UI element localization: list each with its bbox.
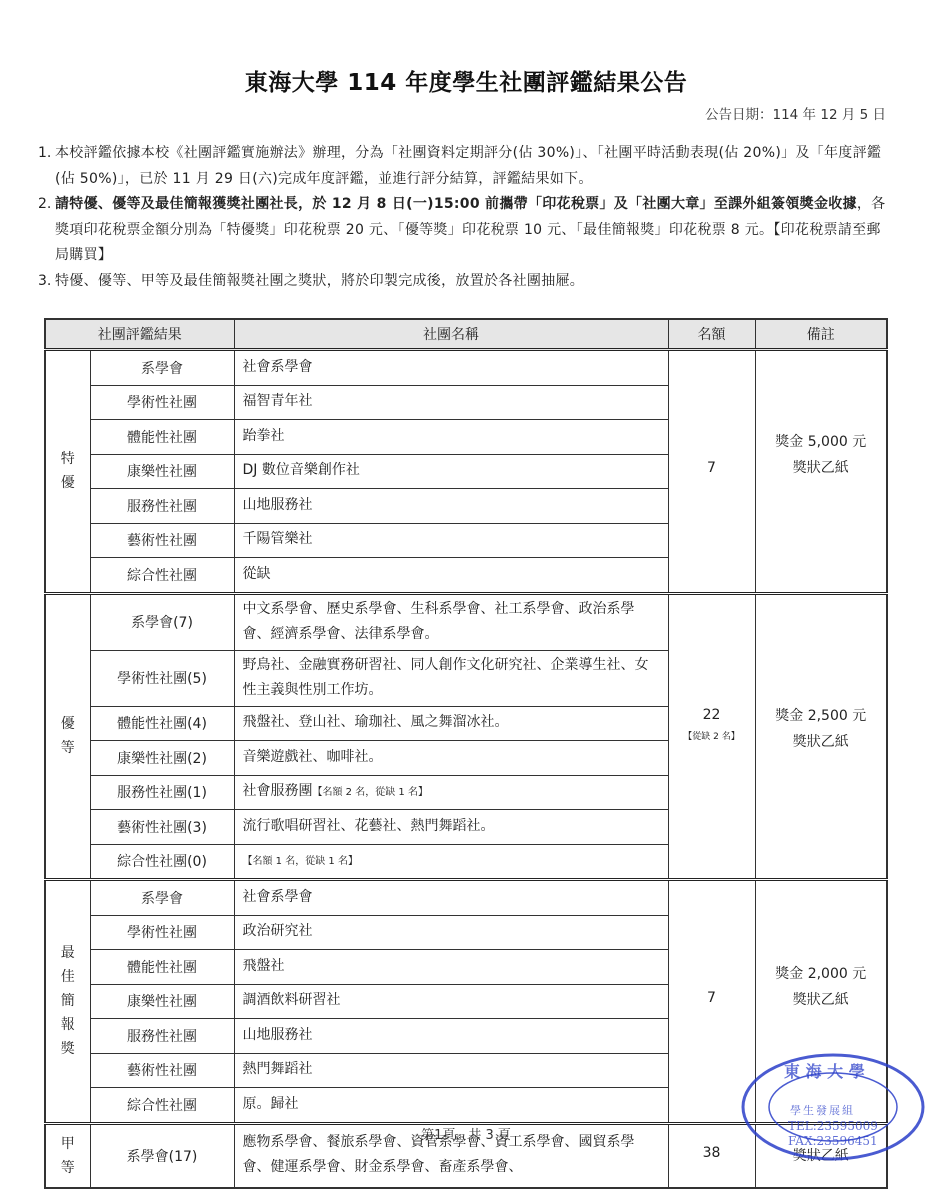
quota-note: 【從缺 2 名】 (677, 729, 747, 742)
header-remark: 備註 (755, 319, 887, 350)
club-names-cell: DJ 數位音樂創作社 (234, 454, 668, 489)
announcement-date: 公告日期：114 年 12 月 5 日 (705, 103, 886, 123)
note-bold-text: 請特優、優等及最佳簡報獲獎社團社長，於 12 月 8 日(一)15:00 前攜帶… (55, 196, 857, 212)
club-names: 野鳥社、金融實務研習社、同人創作文化研究社、企業導生社、女性主義與性別工作坊。 (243, 657, 649, 698)
header-quota: 名額 (668, 319, 755, 350)
club-names-cell: 中文系學會、歷史系學會、生科系學會、社工系學會、政治系學會、經濟系學會、法律系學… (234, 593, 668, 650)
club-names-cell: 社會系學會 (234, 350, 668, 386)
quota-cell: 22【從缺 2 名】 (668, 593, 755, 880)
note-text: 請特優、優等及最佳簡報獲獎社團社長，於 12 月 8 日(一)15:00 前攜帶… (55, 192, 890, 269)
club-names: 熱門舞蹈社 (243, 1061, 313, 1077)
club-names-cell: 音樂遊戲社、咖啡社。 (234, 741, 668, 776)
club-type-cell: 學術性社團(5) (90, 650, 234, 706)
remark-cell: 獎金 5,000 元獎狀乙紙 (755, 350, 887, 594)
club-names: 音樂遊戲社、咖啡社。 (243, 749, 383, 765)
remark-certificate: 獎狀乙紙 (764, 455, 879, 481)
club-names-cell: 政治研究社 (234, 915, 668, 950)
club-names-cell: 千陽管樂社 (234, 523, 668, 558)
notes-list: 1. 本校評鑑依據本校《社團評鑑實施辦法》辦理，分為「社團資料定期評分(佔 30… (38, 141, 890, 294)
note-item-2: 2. 請特優、優等及最佳簡報獲獎社團社長，於 12 月 8 日(一)15:00 … (38, 192, 890, 269)
club-names-note: 【名額 1 名，從缺 1 名】 (243, 856, 358, 867)
club-names: 政治研究社 (243, 923, 313, 939)
note-item-1: 1. 本校評鑑依據本校《社團評鑑實施辦法》辦理，分為「社團資料定期評分(佔 30… (38, 141, 890, 192)
table-body: 特 優系學會社會系學會7獎金 5,000 元獎狀乙紙學術性社團福智青年社體能性社… (45, 350, 887, 1188)
note-number: 2. (38, 192, 55, 269)
note-text: 特優、優等、甲等及最佳簡報獎社團之獎狀，將於印製完成後，放置於各社團抽屜。 (55, 269, 890, 295)
club-names: 調酒飲料研習社 (243, 992, 341, 1008)
club-names: 福智青年社 (243, 393, 313, 409)
quota-value: 7 (707, 460, 716, 476)
club-names-cell: 跆拳社 (234, 420, 668, 455)
club-names-cell: 福智青年社 (234, 385, 668, 420)
club-names: 飛盤社、登山社、瑜珈社、風之舞溜冰社。 (243, 714, 509, 730)
category-cell: 特 優 (45, 350, 90, 594)
club-type-cell: 綜合性社團 (90, 1088, 234, 1124)
table-row: 特 優系學會社會系學會7獎金 5,000 元獎狀乙紙 (45, 350, 887, 386)
header-name: 社團名稱 (234, 319, 668, 350)
club-type-cell: 體能性社團(4) (90, 706, 234, 741)
table-row: 優 等系學會(7)中文系學會、歷史系學會、生科系學會、社工系學會、政治系學會、經… (45, 593, 887, 650)
club-names: 千陽管樂社 (243, 531, 313, 547)
club-names: DJ 數位音樂創作社 (243, 462, 360, 478)
remark-prize-money: 獎金 5,000 元 (764, 429, 879, 455)
note-number: 3. (38, 269, 55, 295)
club-type-cell: 系學會 (90, 350, 234, 386)
club-names-cell: 從缺 (234, 558, 668, 594)
club-type-cell: 藝術性社團 (90, 523, 234, 558)
note-item-3: 3. 特優、優等、甲等及最佳簡報獎社團之獎狀，將於印製完成後，放置於各社團抽屜。 (38, 269, 890, 295)
club-type-cell: 體能性社團 (90, 950, 234, 985)
document-title: 東海大學 114 年度學生社團評鑑結果公告 (0, 64, 932, 97)
quota-value: 7 (707, 990, 716, 1006)
remark-certificate: 獎狀乙紙 (764, 987, 879, 1013)
quota-value: 38 (703, 1145, 721, 1161)
club-names: 社會系學會 (243, 889, 313, 905)
club-type-cell: 體能性社團 (90, 420, 234, 455)
table-header-row: 社團評鑑結果 社團名稱 名額 備註 (45, 319, 887, 350)
note-text: 本校評鑑依據本校《社團評鑑實施辦法》辦理，分為「社團資料定期評分(佔 30%)」… (55, 141, 890, 192)
club-type-cell: 學術性社團 (90, 385, 234, 420)
club-names-cell: 山地服務社 (234, 1019, 668, 1054)
club-names: 社會服務團 (243, 783, 313, 799)
club-type-cell: 綜合性社團 (90, 558, 234, 594)
remark-cell: 獎金 2,000 元獎狀乙紙 (755, 880, 887, 1124)
club-names: 跆拳社 (243, 428, 285, 444)
club-type-cell: 服務性社團 (90, 489, 234, 524)
club-names: 社會系學會 (243, 359, 313, 375)
club-names-cell: 【名額 1 名，從缺 1 名】 (234, 844, 668, 880)
club-names-cell: 野鳥社、金融實務研習社、同人創作文化研究社、企業導生社、女性主義與性別工作坊。 (234, 650, 668, 706)
page-number: 第1頁，共 3 頁 (0, 1124, 932, 1143)
club-names-cell: 熱門舞蹈社 (234, 1053, 668, 1088)
quota-value: 22 (703, 707, 721, 723)
club-type-cell: 藝術性社團 (90, 1053, 234, 1088)
remark-prize-money: 獎狀乙紙 (764, 1143, 879, 1169)
club-names-cell: 原。歸社 (234, 1088, 668, 1124)
club-type-cell: 服務性社團 (90, 1019, 234, 1054)
club-type-cell: 系學會 (90, 880, 234, 916)
remark-cell: 獎金 2,500 元獎狀乙紙 (755, 593, 887, 880)
club-names-cell: 社會系學會 (234, 880, 668, 916)
club-type-cell: 康樂性社團(2) (90, 741, 234, 776)
club-names: 山地服務社 (243, 1027, 313, 1043)
remark-prize-money: 獎金 2,000 元 (764, 961, 879, 987)
club-names-cell: 飛盤社、登山社、瑜珈社、風之舞溜冰社。 (234, 706, 668, 741)
category-cell: 最 佳 簡 報 獎 (45, 880, 90, 1124)
club-type-cell: 服務性社團(1) (90, 775, 234, 810)
club-type-cell: 康樂性社團 (90, 454, 234, 489)
category-cell: 優 等 (45, 593, 90, 880)
note-number: 1. (38, 141, 55, 192)
club-names: 從缺 (243, 566, 271, 582)
club-names-cell: 調酒飲料研習社 (234, 984, 668, 1019)
remark-prize-money: 獎金 2,500 元 (764, 703, 879, 729)
remark-certificate: 獎狀乙紙 (764, 729, 879, 755)
club-names-note: 【名額 2 名，從缺 1 名】 (313, 787, 428, 798)
club-type-cell: 藝術性社團(3) (90, 810, 234, 845)
club-names: 山地服務社 (243, 497, 313, 513)
club-type-cell: 康樂性社團 (90, 984, 234, 1019)
club-names: 飛盤社 (243, 958, 285, 974)
club-names-cell: 社會服務團【名額 2 名，從缺 1 名】 (234, 775, 668, 810)
club-names-cell: 飛盤社 (234, 950, 668, 985)
club-names: 流行歌唱研習社、花藝社、熱門舞蹈社。 (243, 818, 495, 834)
club-type-cell: 綜合性社團(0) (90, 844, 234, 880)
quota-cell: 7 (668, 880, 755, 1124)
club-names-cell: 流行歌唱研習社、花藝社、熱門舞蹈社。 (234, 810, 668, 845)
quota-cell: 7 (668, 350, 755, 594)
club-type-cell: 學術性社團 (90, 915, 234, 950)
club-type-cell: 系學會(7) (90, 593, 234, 650)
club-names: 原。歸社 (243, 1096, 299, 1112)
table-row: 最 佳 簡 報 獎系學會社會系學會7獎金 2,000 元獎狀乙紙 (45, 880, 887, 916)
club-names-cell: 山地服務社 (234, 489, 668, 524)
results-table: 社團評鑑結果 社團名稱 名額 備註 特 優系學會社會系學會7獎金 5,000 元… (44, 318, 888, 1189)
header-result: 社團評鑑結果 (45, 319, 234, 350)
club-names: 中文系學會、歷史系學會、生科系學會、社工系學會、政治系學會、經濟系學會、法律系學… (243, 601, 635, 642)
